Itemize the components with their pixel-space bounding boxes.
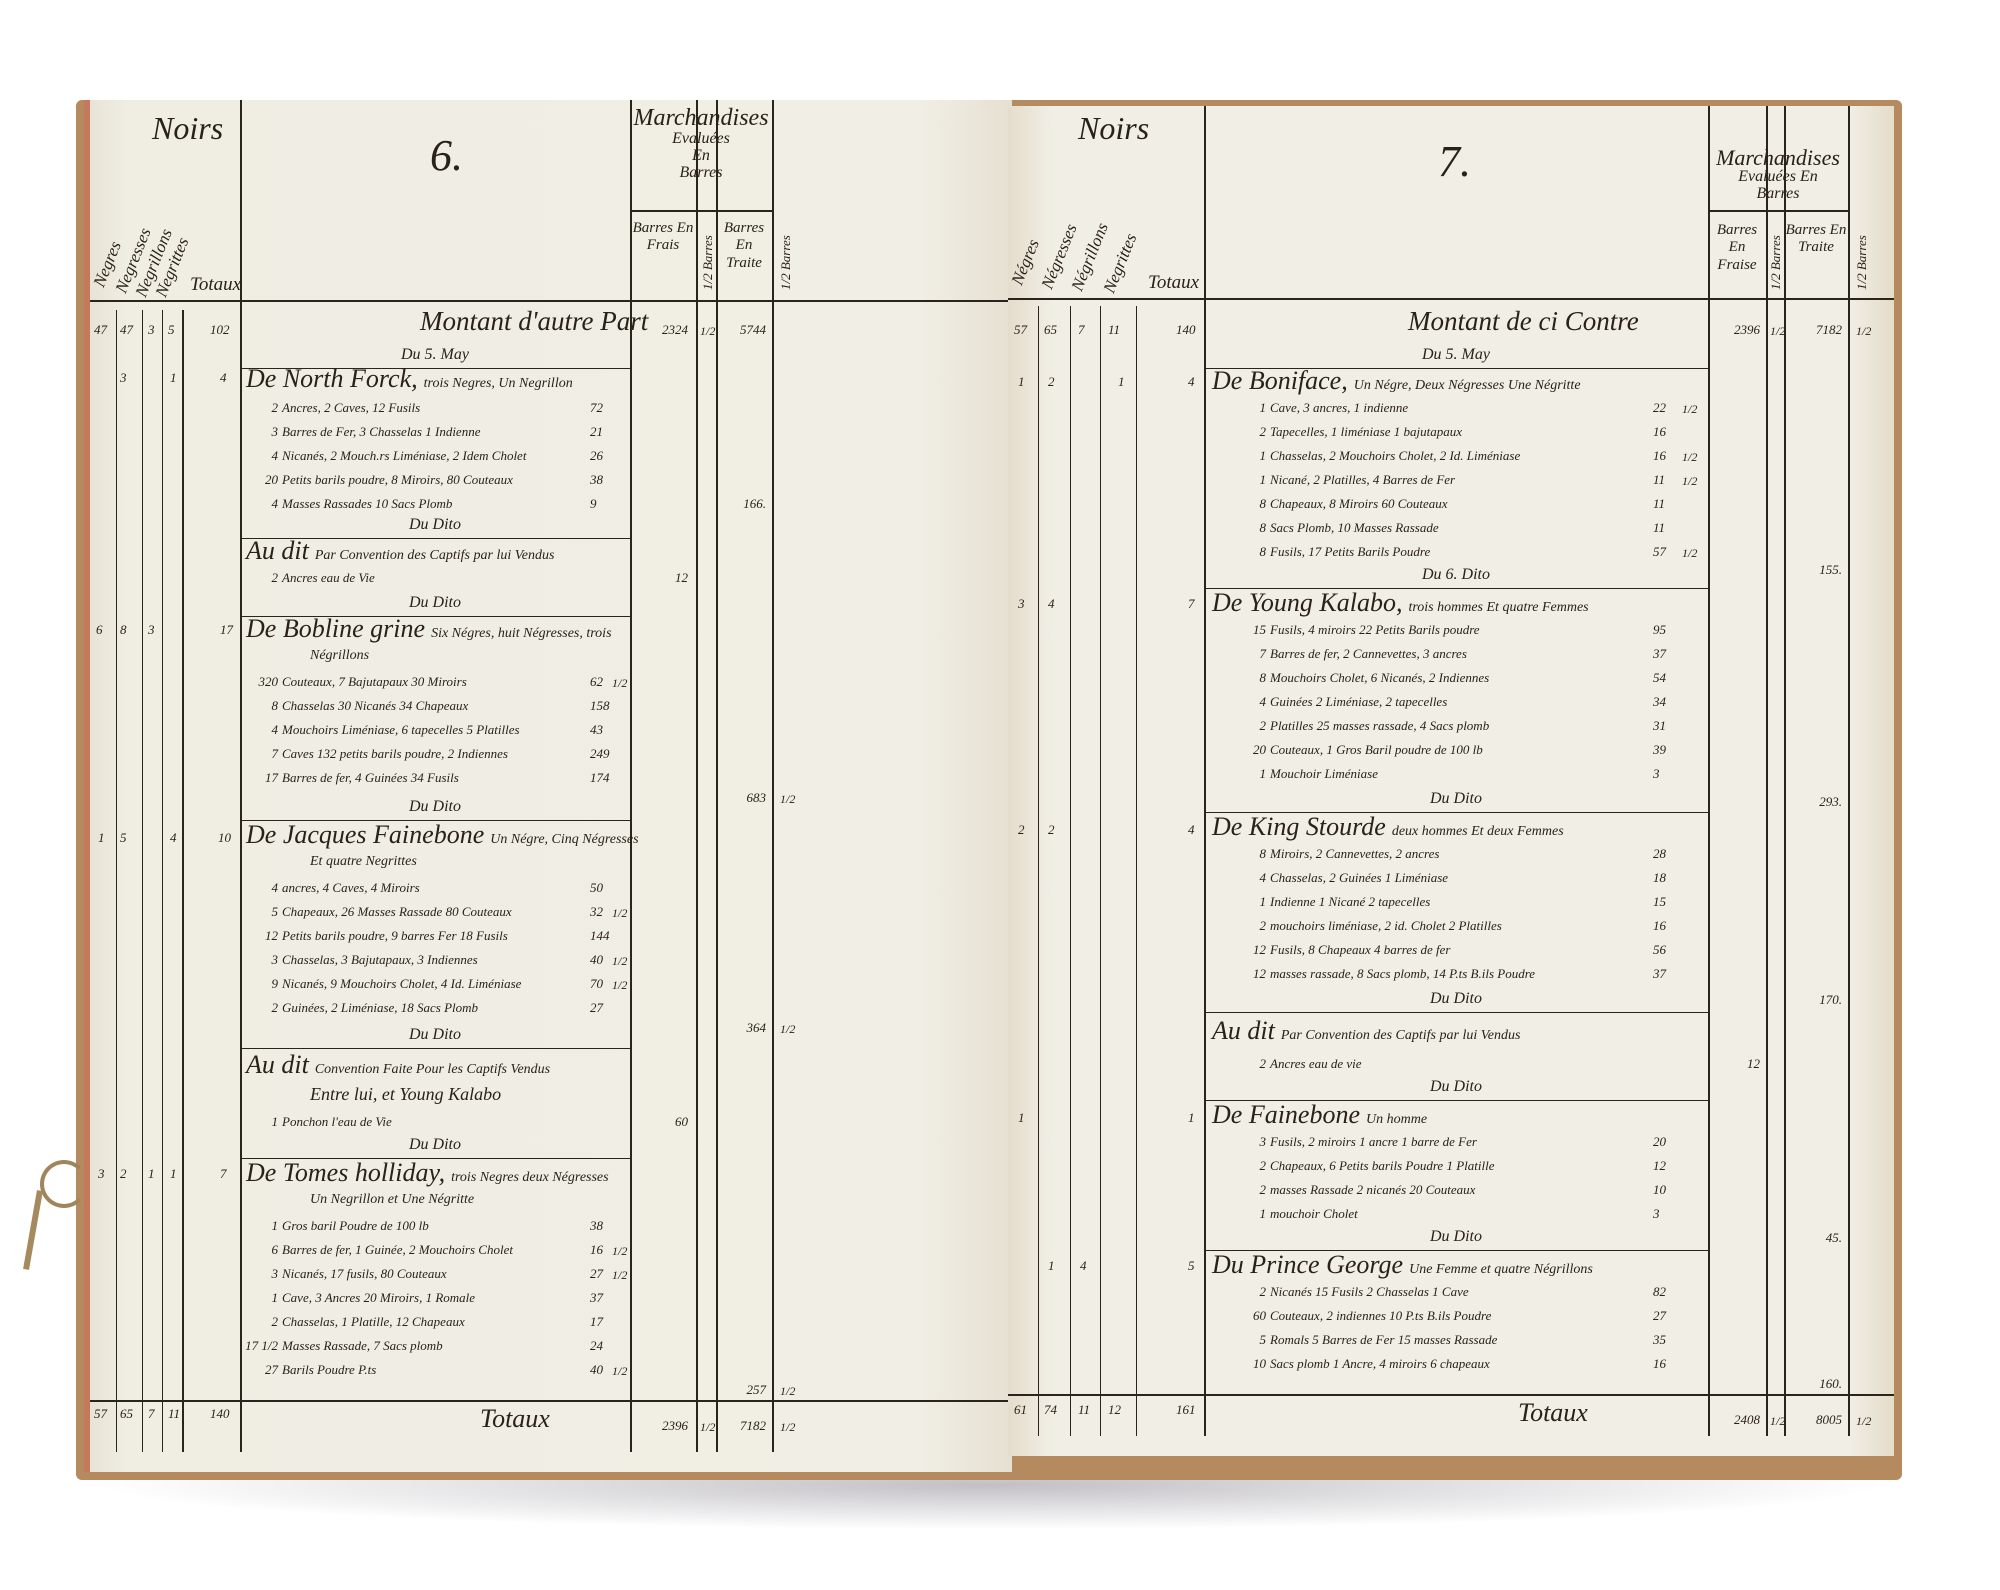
item-line: 2Ancres eau de Vie (240, 570, 375, 586)
page-number: 7. (1438, 136, 1471, 187)
item-line: 8Miroirs, 2 Cannevettes, 2 ancres (1228, 846, 1439, 862)
item-line: 2Platilles 25 masses rassade, 4 Sacs plo… (1228, 718, 1489, 734)
divider-negresses (1070, 306, 1071, 1436)
col-header-half2: 1/2 Barres (778, 235, 794, 290)
dealer-name: De Bobline grineSix Négres, huit Négress… (246, 614, 612, 644)
item-line: 8Chasselas 30 Nicanés 34 Chapeaux (240, 698, 468, 714)
col-header-frais: Barres En Frais (630, 220, 696, 255)
dealer-name: Au ditConvention Faite Pour les Captifs … (246, 1050, 550, 1080)
binding-string (40, 1160, 88, 1208)
item-line: 320Couteaux, 7 Bajutapaux 30 Miroirs (240, 674, 467, 690)
item-line: 4ancres, 4 Caves, 4 Miroirs (240, 880, 420, 896)
item-line: 1Cave, 3 ancres, 1 indienne (1228, 400, 1408, 416)
item-line: 2Chapeaux, 6 Petits barils Poudre 1 Plat… (1228, 1158, 1494, 1174)
divider-traite (772, 100, 774, 1452)
noirs-heading: Noirs (152, 110, 223, 147)
item-line: 5Romals 5 Barres de Fer 15 masses Rassad… (1228, 1332, 1497, 1348)
col-header-totaux: Totaux (190, 274, 241, 296)
col-header-half1: 1/2 Barres (1768, 235, 1784, 290)
item-line: 12Petits barils poudre, 9 barres Fer 18 … (240, 928, 508, 944)
dealer-name: De Young Kalabo,trois hommes Et quatre F… (1212, 588, 1589, 618)
item-line: 4Nicanés, 2 Mouch.rs Liméniase, 2 Idem C… (240, 448, 526, 464)
divider-negrittes (182, 310, 184, 1452)
item-line: 20Petits barils poudre, 8 Miroirs, 80 Co… (240, 472, 513, 488)
divider-negres (1038, 306, 1039, 1436)
item-line: 17Barres de fer, 4 Guinées 34 Fusils (240, 770, 459, 786)
header-rule (1008, 298, 1894, 300)
carried-label: Montant de ci Contre (1408, 306, 1639, 337)
header-rule (90, 300, 1012, 302)
item-line: 1Chasselas, 2 Mouchoirs Cholet, 2 Id. Li… (1228, 448, 1520, 464)
divider-negrillons (162, 310, 163, 1452)
dealer-name: Au ditPar Convention des Captifs par lui… (1212, 1016, 1520, 1046)
col-header-half2: 1/2 Barres (1854, 235, 1870, 290)
dealer-name: Du Prince GeorgeUne Femme et quatre Négr… (1212, 1250, 1593, 1280)
item-line: 4Masses Rassades 10 Sacs Plomb (240, 496, 452, 512)
divider-half1 (716, 100, 718, 1452)
dealer-name: De Boniface,Un Négre, Deux Négresses Une… (1212, 366, 1581, 396)
merch-header: Marchandises Evaluées En Barres (630, 106, 772, 182)
dealer-name: Au ditPar Convention des Captifs par lui… (246, 536, 554, 566)
item-line: 3Nicanés, 17 fusils, 80 Couteaux (240, 1266, 447, 1282)
col-header-half1: 1/2 Barres (700, 235, 716, 290)
item-line: 7Caves 132 petits barils poudre, 2 Indie… (240, 746, 508, 762)
item-line: 1Gros baril Poudre de 100 lb (240, 1218, 429, 1234)
item-line: 2Tapecelles, 1 liméniase 1 bajutapaux (1228, 424, 1462, 440)
col-header-frais: Barres En Fraise (1708, 222, 1766, 274)
item-line: 3Barres de Fer, 3 Chasselas 1 Indienne (240, 424, 480, 440)
item-line: 1Nicané, 2 Platilles, 4 Barres de Fer (1228, 472, 1455, 488)
divider-negrillons (1100, 306, 1101, 1436)
totals-rule (1008, 1394, 1894, 1396)
item-line: 60Couteaux, 2 indiennes 10 P.ts B.ils Po… (1228, 1308, 1491, 1324)
carried-label: Montant d'autre Part (420, 306, 648, 337)
item-line: 4Chasselas, 2 Guinées 1 Liméniase (1228, 870, 1448, 886)
item-line: 1Mouchoir Liméniase (1228, 766, 1378, 782)
item-line: 8Sacs Plomb, 10 Masses Rassade (1228, 520, 1439, 536)
item-line: 2Ancres, 2 Caves, 12 Fusils (240, 400, 420, 416)
col-header-traite: Barres En Traite (1784, 222, 1848, 257)
item-line: 1Cave, 3 Ancres 20 Miroirs, 1 Romale (240, 1290, 475, 1306)
binding-string-tail (23, 1190, 43, 1270)
divider-desc-values (1708, 106, 1710, 1436)
dealer-name: De FaineboneUn homme (1212, 1100, 1427, 1130)
divider-frais (696, 100, 698, 1452)
right-page: Noirs Négres Négresses Négrillons Negrit… (1008, 106, 1894, 1456)
dealer-name: De North Forck,trois Negres, Un Negrillo… (246, 364, 573, 394)
merch-header-rule (630, 210, 772, 212)
totals-label: Totaux (480, 1404, 550, 1434)
item-line: 1Indienne 1 Nicané 2 tapecelles (1228, 894, 1430, 910)
item-line: 7Barres de fer, 2 Cannevettes, 3 ancres (1228, 646, 1467, 662)
left-page: Noirs Negres Negresses Negrillons Negrit… (84, 100, 1012, 1472)
item-line: 4Mouchoirs Liméniase, 6 tapecelles 5 Pla… (240, 722, 520, 738)
item-line: 27Barils Poudre P.ts (240, 1362, 376, 1378)
item-line: 1Ponchon l'eau de Vie (240, 1114, 392, 1130)
divider-frais (1766, 106, 1768, 1436)
item-line: 10Sacs plomb 1 Ancre, 4 miroirs 6 chapea… (1228, 1356, 1490, 1372)
item-line: 2Ancres eau de vie (1228, 1056, 1362, 1072)
merch-header-rule (1708, 210, 1848, 212)
item-line: 17 1/2Masses Rassade, 7 Sacs plomb (240, 1338, 443, 1354)
merch-header: Marchandises Evaluées En Barres (1708, 146, 1848, 203)
item-line: 8Mouchoirs Cholet, 6 Nicanés, 2 Indienne… (1228, 670, 1489, 686)
item-line: 12masses rassade, 8 Sacs plomb, 14 P.ts … (1228, 966, 1535, 982)
item-line: 4Guinées 2 Liméniase, 2 tapecelles (1228, 694, 1447, 710)
item-line: 9Nicanés, 9 Mouchoirs Cholet, 4 Id. Limé… (240, 976, 521, 992)
totals-label: Totaux (1518, 1398, 1588, 1428)
item-line: 6Barres de fer, 1 Guinée, 2 Mouchoirs Ch… (240, 1242, 513, 1258)
item-line: 2masses Rassade 2 nicanés 20 Couteaux (1228, 1182, 1475, 1198)
item-line: 12Fusils, 8 Chapeaux 4 barres de fer (1228, 942, 1450, 958)
item-line: 2Nicanés 15 Fusils 2 Chasselas 1 Cave (1228, 1284, 1469, 1300)
dealer-name: De Tomes holliday,trois Negres deux Négr… (246, 1158, 609, 1188)
item-line: 2Guinées, 2 Liméniase, 18 Sacs Plomb (240, 1000, 478, 1016)
totals-rule (90, 1400, 1012, 1402)
page-number: 6. (430, 130, 463, 181)
divider-desc-values (630, 100, 632, 1452)
item-line: 8Chapeaux, 8 Miroirs 60 Couteaux (1228, 496, 1448, 512)
item-line: 8Fusils, 17 Petits Barils Poudre (1228, 544, 1430, 560)
divider-negrittes (1136, 306, 1137, 1436)
divider-negres (116, 310, 117, 1452)
noirs-heading: Noirs (1078, 110, 1149, 147)
item-line: 3Chasselas, 3 Bajutapaux, 3 Indiennes (240, 952, 478, 968)
divider-negresses (142, 310, 143, 1452)
item-line: 2mouchoirs liméniase, 2 id. Cholet 2 Pla… (1228, 918, 1502, 934)
dealer-name: De Jacques FaineboneUn Négre, Cinq Négre… (246, 820, 639, 850)
item-line: 15Fusils, 4 miroirs 22 Petits Barils pou… (1228, 622, 1480, 638)
item-line: 5Chapeaux, 26 Masses Rassade 80 Couteaux (240, 904, 512, 920)
col-header-totaux: Totaux (1148, 272, 1199, 294)
item-line: 2Chasselas, 1 Platille, 12 Chapeaux (240, 1314, 465, 1330)
item-line: 1mouchoir Cholet (1228, 1206, 1358, 1222)
item-line: 3Fusils, 2 miroirs 1 ancre 1 barre de Fe… (1228, 1134, 1477, 1150)
item-line: 20Couteaux, 1 Gros Baril poudre de 100 l… (1228, 742, 1483, 758)
dealer-name: De King Stourdedeux hommes Et deux Femme… (1212, 812, 1564, 842)
col-header-traite: Barres En Traite (716, 220, 772, 272)
divider-traite (1848, 106, 1850, 1436)
